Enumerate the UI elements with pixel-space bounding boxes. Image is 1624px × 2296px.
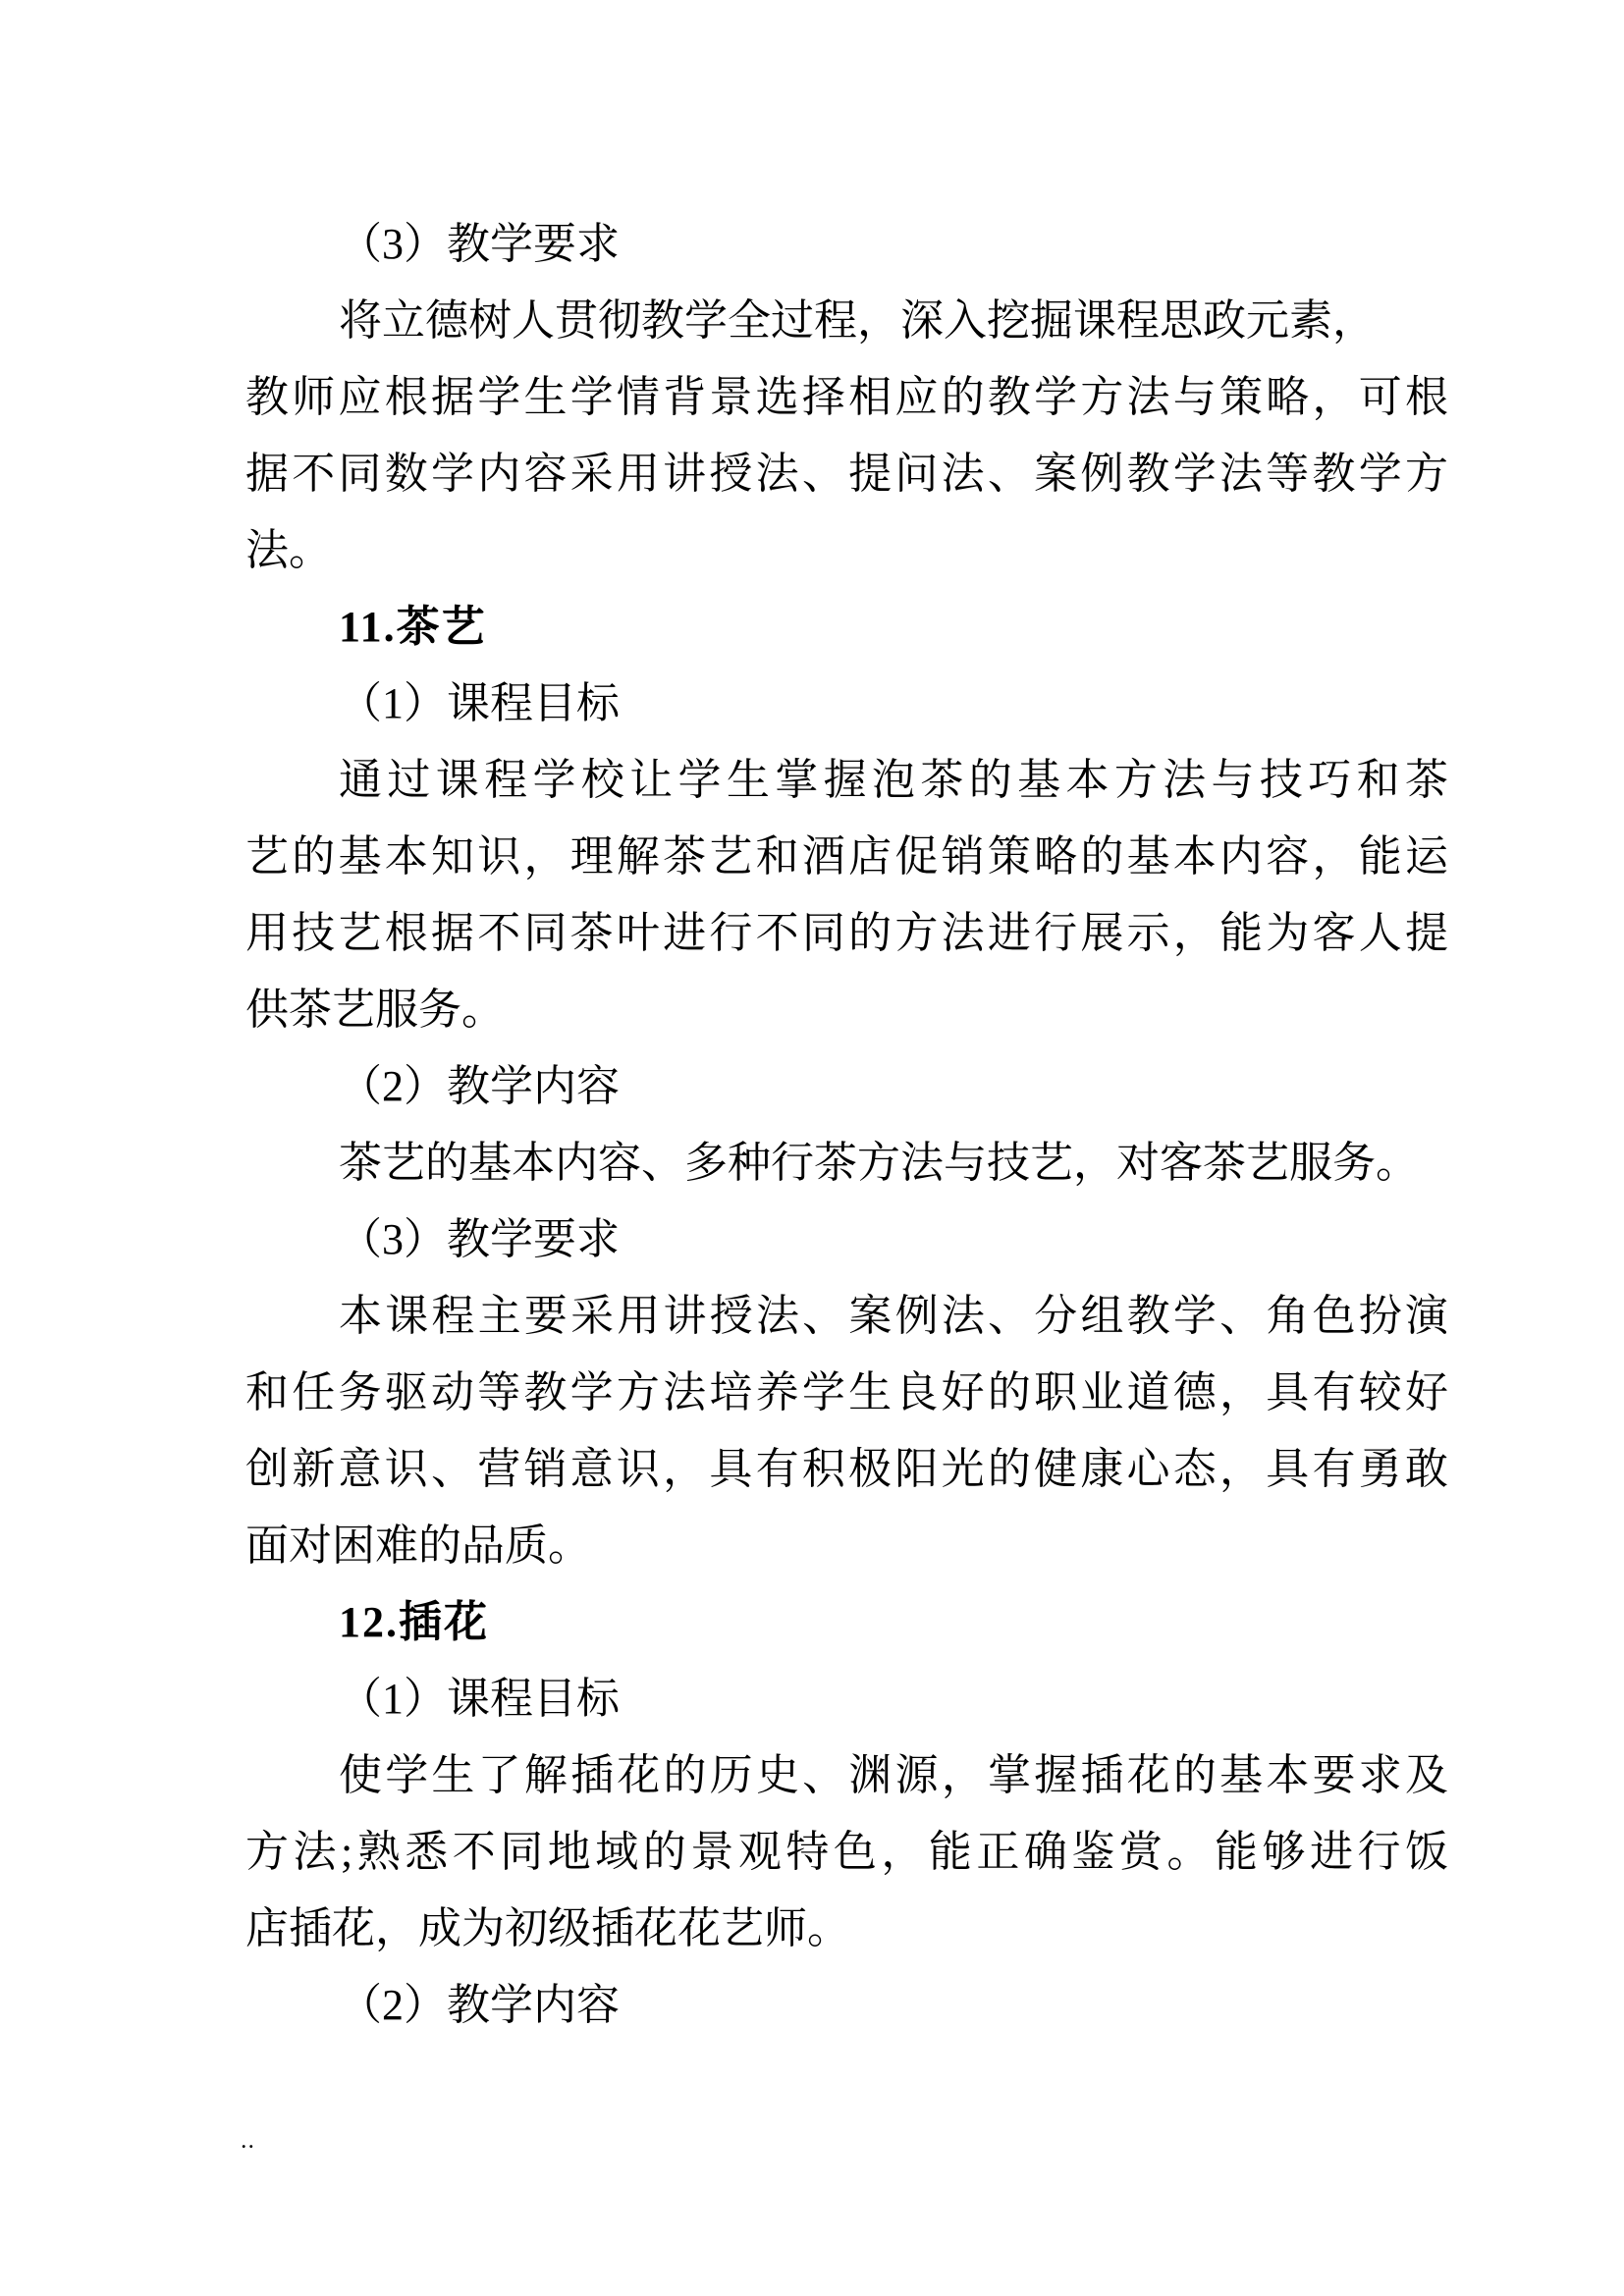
document-page: （3）教学要求 将立德树人贯彻教学全过程，深入挖掘课程思政元素， 教师应根据学生… (0, 0, 1624, 2296)
body-line: 教师应根据学生学情背景选择相应的教学方法与策略，可根 (245, 359, 1448, 436)
subheading-1-course-objectives: （1）课程目标 (245, 666, 1448, 742)
body-line: 茶艺的基本内容、多种行茶方法与技艺，对客茶艺服务。 (245, 1125, 1448, 1201)
body-line: 供茶艺服务。 (245, 972, 1448, 1048)
body-line: 法。 (245, 512, 1448, 589)
document-text-block: （3）教学要求 将立德树人贯彻教学全过程，深入挖掘课程思政元素， 教师应根据学生… (245, 206, 1448, 2044)
footer-mark: .. (242, 2132, 256, 2153)
body-line: 通过课程学校让学生掌握泡茶的基本方法与技巧和茶 (245, 742, 1448, 819)
body-line: 店插花，成为初级插花花艺师。 (245, 1891, 1448, 1967)
body-line: 创新意识、营销意识，具有积极阳光的健康心态，具有勇敢 (245, 1431, 1448, 1508)
heading-11-tea-art: 11.茶艺 (245, 589, 1448, 666)
subheading-2-teaching-content: （2）教学内容 (245, 1048, 1448, 1125)
body-line: 据不同数学内容采用讲授法、提问法、案例教学法等教学方 (245, 436, 1448, 512)
body-line: 面对困难的品质。 (245, 1508, 1448, 1584)
subheading-2-teaching-content: （2）教学内容 (245, 1967, 1448, 2044)
body-line: 和任务驱动等教学方法培养学生良好的职业道德，具有较好 (245, 1355, 1448, 1431)
body-line: 使学生了解插花的历史、渊源，掌握插花的基本要求及 (245, 1737, 1448, 1814)
body-line: 用技艺根据不同茶叶进行不同的方法进行展示，能为客人提 (245, 895, 1448, 972)
subheading-1-course-objectives: （1）课程目标 (245, 1661, 1448, 1737)
subheading-3-teaching-requirements: （3）教学要求 (245, 1201, 1448, 1278)
body-line: 将立德树人贯彻教学全过程，深入挖掘课程思政元素， (245, 283, 1448, 359)
body-line: 本课程主要采用讲授法、案例法、分组教学、角色扮演 (245, 1278, 1448, 1355)
body-line: 方法;熟悉不同地域的景观特色，能正确鉴赏。能够进行饭 (245, 1814, 1448, 1891)
subheading-3-teaching-requirements: （3）教学要求 (245, 206, 1448, 283)
heading-12-flower-arrangement: 12.插花 (245, 1584, 1448, 1661)
body-line: 艺的基本知识，理解茶艺和酒店促销策略的基本内容，能运 (245, 819, 1448, 895)
